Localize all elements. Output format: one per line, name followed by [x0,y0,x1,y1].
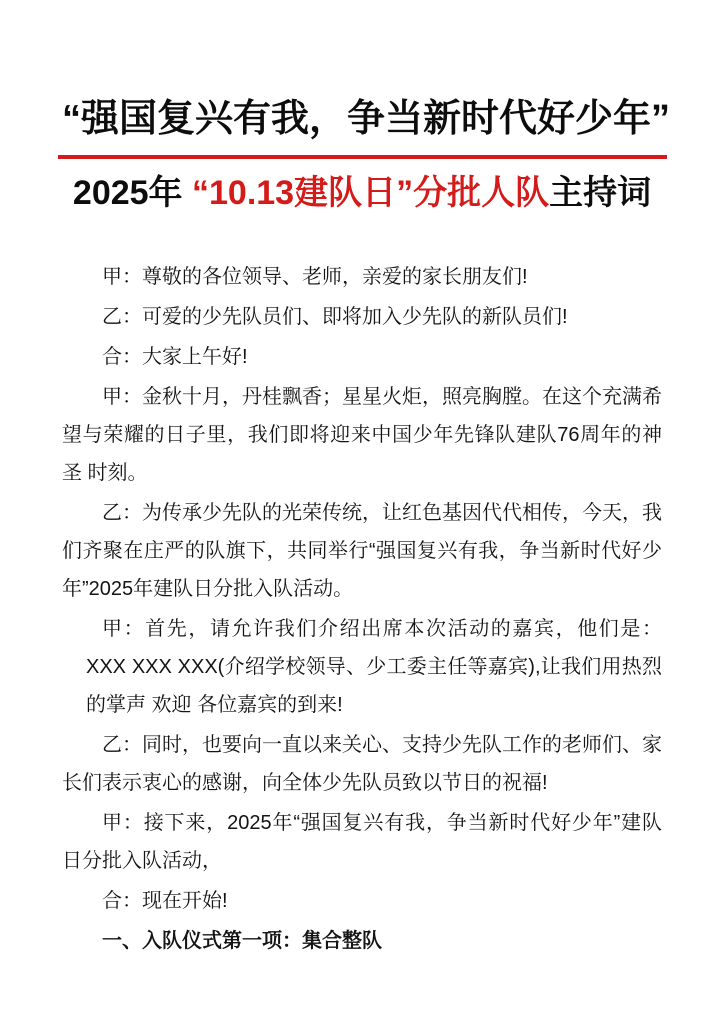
section-heading-item-one: 一、入队仪式第一项：集合整队 [62,922,662,960]
dialogue-line-host-a-autumn: 甲：金秋十月，丹桂飘香；星星火炬，照亮胸膛。在这个充满希望与荣耀的日子里，我们即… [62,378,662,492]
title2-red-highlight: “10.13建队日”分批人队 [192,174,549,212]
document-title-line1: “强国复兴有我，争当新时代好少年” [62,0,662,142]
title2-suffix: 主持词 [549,174,651,212]
document-title-line2: 2025年 “10.13建队日”分批人队主持词 [62,171,662,215]
dialogue-line-both-greeting: 合：大家上午好! [62,338,662,376]
dialogue-line-host-b-tradition: 乙：为传承少先队的光荣传统，让红色基因代代相传，今天，我们齐聚在庄严的队旗下，共… [62,494,662,608]
dialogue-line-host-a-greeting: 甲：尊敬的各位领导、老师，亲爱的家长朋友们! [62,258,662,296]
dialogue-line-host-a-guests: 甲：首先，请允许我们介绍出席本次活动的嘉宾，他们是：XXX XXX XXX(介绍… [62,610,662,724]
dialogue-line-host-b-greeting: 乙：可爱的少先队员们、即将加入少先队的新队员们! [62,298,662,336]
dialogue-line-host-a-next: 甲：接下来，2025年“强国复兴有我，争当新时代好少年”建队 日分批入队活动， [62,804,662,880]
red-divider-rule [58,155,667,159]
document-page: “强国复兴有我，争当新时代好少年” 2025年 “10.13建队日”分批人队主持… [0,0,724,1024]
dialogue-line-both-begin: 合：现在开始! [62,882,662,920]
script-body: 甲：尊敬的各位领导、老师，亲爱的家长朋友们! 乙：可爱的少先队员们、即将加入少先… [62,258,662,960]
dialogue-line-host-b-thanks: 乙：同时，也要向一直以来关心、支持少先队工作的老师们、家长们表示衷心的感谢，向全… [62,726,662,802]
title2-prefix: 2025年 [73,174,192,212]
